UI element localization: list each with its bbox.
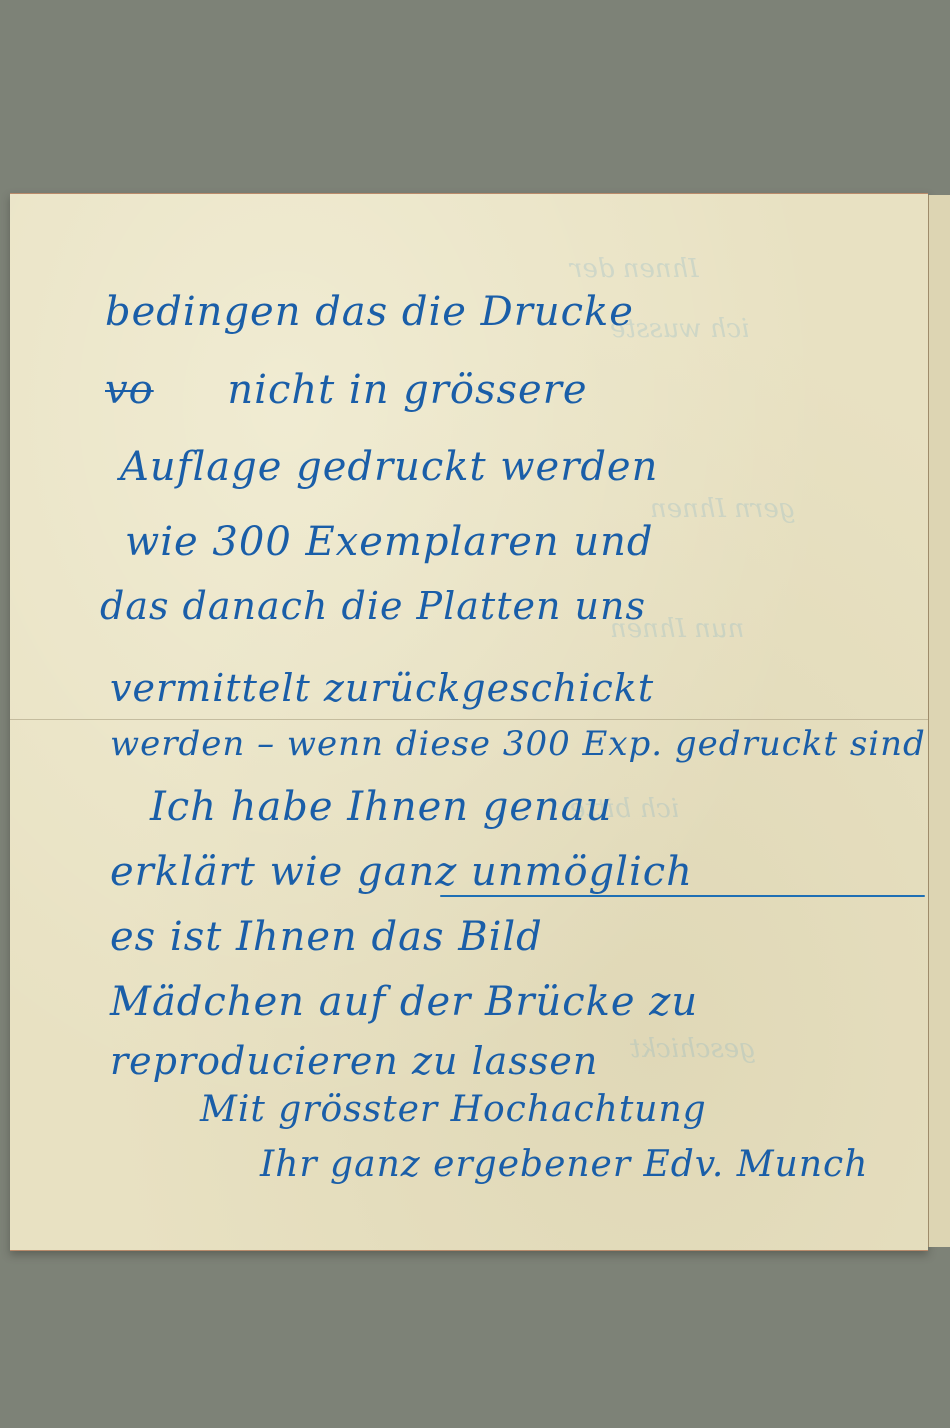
signature-text: Ihr ganz ergebener Edv. Munch (260, 1144, 868, 1185)
letter-line-2: vo nicht in grössere (105, 367, 588, 413)
letter-line-6: vermittelt zurückgeschickt (110, 666, 654, 710)
letter-closing: Mit grösster Hochachtung (200, 1089, 707, 1130)
line-text: reproducieren zu lassen (110, 1039, 598, 1083)
line-text: erklärt wie ganz unmöglich (110, 849, 693, 895)
fold-crease (10, 719, 928, 720)
line-text: nicht in grössere (227, 367, 587, 413)
letter-signature: Ihr ganz ergebener Edv. Munch (260, 1144, 868, 1185)
letter-line-11: Mädchen auf der Brücke zu (110, 979, 698, 1025)
letter-line-1: bedingen das die Drucke (105, 289, 634, 335)
line-text: bedingen das die Drucke (105, 289, 634, 335)
letter-line-8: Ich habe Ihnen genau (150, 784, 612, 830)
letter-line-10: es ist Ihnen das Bild (110, 914, 543, 960)
letter-line-12: reproducieren zu lassen (110, 1039, 598, 1083)
line-text: es ist Ihnen das Bild (110, 914, 543, 960)
letter-line-4: wie 300 Exemplaren und (125, 519, 653, 565)
letter-line-9: erklärt wie ganz unmöglich (110, 849, 693, 895)
letter-line-5: das danach die Platten uns (100, 584, 646, 628)
struck-word: vo (105, 367, 154, 413)
line-text: Auflage gedruckt werden (120, 444, 658, 490)
letter-line-3: Auflage gedruckt werden (120, 444, 658, 490)
closing-text: Mit grösster Hochachtung (200, 1089, 707, 1130)
line-text: vermittelt zurückgeschickt (110, 666, 654, 710)
line-text: das danach die Platten uns (100, 584, 646, 628)
paper-edge-right (928, 195, 950, 1247)
letter-line-7: werden – wenn diese 300 Exp. gedruckt si… (110, 724, 926, 764)
letter-page: Ihnen der ich wusste gern Ihnen nun Ihne… (10, 193, 928, 1251)
line-text: Mädchen auf der Brücke zu (110, 979, 698, 1025)
line-text: werden – wenn diese 300 Exp. gedruckt si… (110, 724, 926, 764)
line-text: wie 300 Exemplaren und (125, 519, 653, 565)
line-text: Ich habe Ihnen genau (150, 784, 612, 830)
underline-stroke (440, 895, 925, 897)
